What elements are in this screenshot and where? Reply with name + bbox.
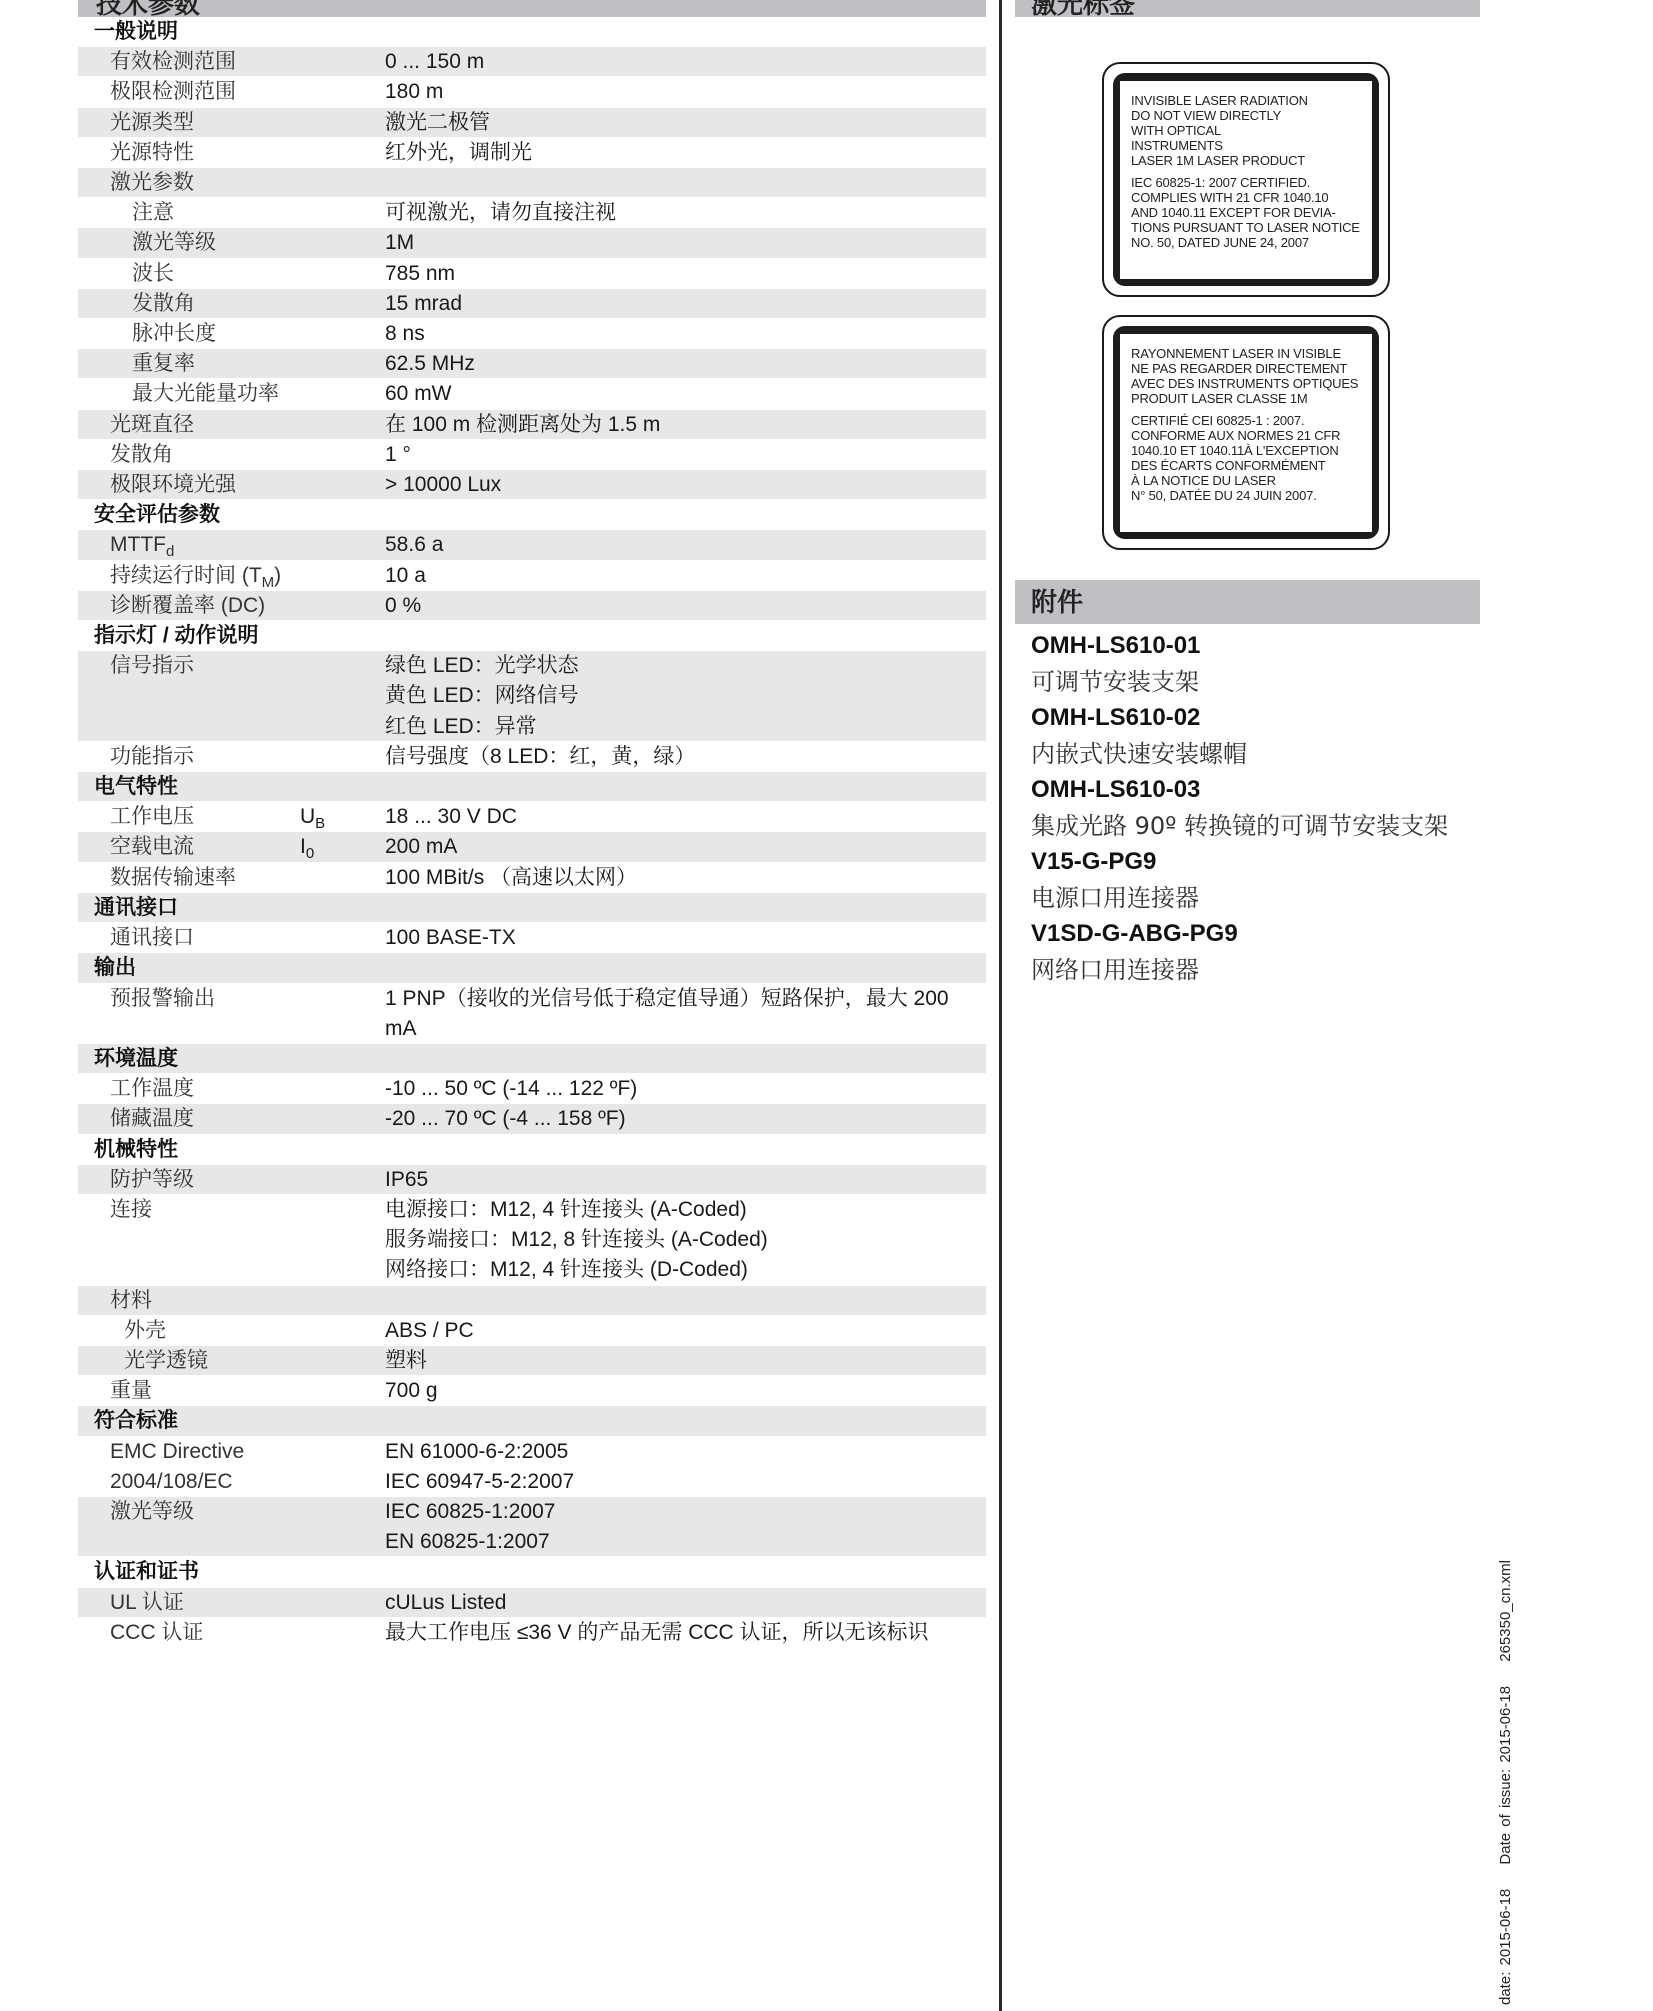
spec-label-text: 电气特性 bbox=[94, 775, 178, 798]
spec-symbol bbox=[294, 530, 385, 560]
spec-section-header: 通讯接口 bbox=[78, 892, 986, 923]
spec-label: 光源特性 bbox=[78, 138, 294, 168]
spec-row: 光斑直径在 100 m 检测距离处为 1.5 m bbox=[78, 409, 986, 440]
label-line: NO. 50, DATED JUNE 24, 2007 bbox=[1131, 235, 1364, 250]
spec-label-text: 最大光能量功率 bbox=[132, 382, 279, 405]
spec-label-text: 环境温度 bbox=[94, 1047, 178, 1070]
spec-value bbox=[385, 1286, 986, 1316]
spec-value: 18 ... 30 V DC bbox=[385, 802, 986, 832]
spec-label-text: 空载电流 bbox=[110, 835, 194, 858]
spec-label-text: 光源特性 bbox=[110, 141, 194, 164]
spec-label-text: 一般说明 bbox=[94, 20, 178, 43]
label-line: CONFORME AUX NORMES 21 CFR bbox=[1131, 428, 1364, 443]
spec-label: 注意 bbox=[78, 198, 294, 228]
accessory-item: OMH-LS610-02 内嵌式快速安装螺帽 bbox=[1031, 700, 1480, 772]
spec-row: 材料 bbox=[78, 1285, 986, 1316]
spec-symbol-subscript: 0 bbox=[306, 845, 314, 862]
spec-value: 58.6 a bbox=[385, 530, 986, 560]
label-line: DES ÉCARTS CONFORMÉMENT bbox=[1131, 458, 1364, 473]
spec-label-text: 极限环境光强 bbox=[110, 473, 236, 496]
spec-label: 工作电压 bbox=[78, 802, 294, 832]
spec-row: 信号指示绿色 LED：光学状态黄色 LED：网络信号红色 LED：异常 bbox=[78, 650, 986, 742]
spec-value: 60 mW bbox=[385, 379, 986, 409]
spec-symbol bbox=[294, 1497, 385, 1557]
spec-label-text: 发散角 bbox=[110, 443, 173, 466]
label-text-fr: RAYONNEMENT LASER IN VISIBLENE PAS REGAR… bbox=[1120, 334, 1372, 532]
column-divider bbox=[999, 0, 1002, 2011]
spec-label-text: 重复率 bbox=[132, 352, 195, 375]
label-line: RAYONNEMENT LASER IN VISIBLE bbox=[1131, 346, 1364, 361]
label-line: PRODUIT LASER CLASSE 1M bbox=[1131, 391, 1364, 406]
spec-label-text: 机械特性 bbox=[94, 1138, 178, 1161]
spec-label: 连接 bbox=[78, 1195, 294, 1286]
spec-row: 外壳ABS / PC bbox=[78, 1315, 986, 1346]
label-line: INVISIBLE LASER RADIATION bbox=[1131, 93, 1364, 108]
spec-symbol bbox=[294, 1195, 385, 1286]
label-line: AVEC DES INSTRUMENTS OPTIQUES bbox=[1131, 376, 1364, 391]
spec-label-text: 指示灯 / 动作说明 bbox=[94, 624, 259, 647]
technical-data-title: 技术参数 bbox=[96, 0, 200, 17]
spec-label: 激光等级 bbox=[78, 1497, 294, 1557]
spec-label-text: 符合标准 bbox=[94, 1409, 178, 1432]
label-line: 1040.10 ET 1040.11À L'EXCEPTION bbox=[1131, 443, 1364, 458]
label-line: CERTIFIÉ CEI 60825-1 : 2007. bbox=[1131, 413, 1364, 428]
spec-symbol bbox=[294, 168, 385, 198]
spec-value-line: 网络接口：M12, 4 针连接头 (D-Coded) bbox=[385, 1255, 986, 1285]
section-title: 环境温度 bbox=[78, 1044, 294, 1074]
spec-row: 连接电源接口：M12, 4 针连接头 (A-Coded)服务端接口：M12, 8… bbox=[78, 1194, 986, 1286]
spec-value: 15 mrad bbox=[385, 289, 986, 319]
spec-row: 空载电流I0200 mA bbox=[78, 831, 986, 862]
spec-label: 有效检测范围 bbox=[78, 47, 294, 77]
spec-label: 工作温度 bbox=[78, 1074, 294, 1104]
section-title: 一般说明 bbox=[78, 17, 294, 47]
spec-value: 700 g bbox=[385, 1376, 986, 1406]
spec-row: 工作温度-10 ... 50 ºC (-14 ... 122 ºF) bbox=[78, 1073, 986, 1104]
spec-label: 预报警输出 bbox=[78, 984, 294, 1044]
section-title: 通讯接口 bbox=[78, 893, 294, 923]
spec-value: IP65 bbox=[385, 1165, 986, 1195]
accessory-item: V1SD-G-ABG-PG9 网络口用连接器 bbox=[1031, 916, 1480, 988]
release-date: date: 2015-06-18 bbox=[1497, 1889, 1514, 2005]
spec-label-text: 诊断覆盖率 (DC) bbox=[110, 594, 265, 617]
spec-symbol bbox=[294, 1165, 385, 1195]
spec-symbol bbox=[294, 138, 385, 168]
accessory-desc: 内嵌式快速安装螺帽 bbox=[1031, 736, 1480, 772]
spec-value: 1 ° bbox=[385, 440, 986, 470]
label-line: DO NOT VIEW DIRECTLY bbox=[1131, 108, 1364, 123]
spec-row: 注意可视激光，请勿直接注视 bbox=[78, 197, 986, 228]
spec-label-text: 重量 bbox=[110, 1379, 152, 1402]
spec-value: 最大工作电压 ≤36 V 的产品无需 CCC 认证，所以无该标识 bbox=[385, 1618, 986, 1648]
spec-row: 有效检测范围0 ... 150 m bbox=[78, 46, 986, 77]
spec-value-line: IEC 60825-1:2007 bbox=[385, 1497, 986, 1527]
spec-label: 极限检测范围 bbox=[78, 77, 294, 107]
spec-label: CCC 认证 bbox=[78, 1618, 294, 1648]
label-line: NE PAS REGARDER DIRECTEMENT bbox=[1131, 361, 1364, 376]
spec-symbol bbox=[294, 1618, 385, 1648]
spec-section-header: 输出 bbox=[78, 952, 986, 983]
spec-row: MTTFd58.6 a bbox=[78, 529, 986, 560]
spec-value: 1 PNP（接收的光信号低于稳定值导通）短路保护，最大 200mA bbox=[385, 984, 986, 1044]
spec-symbol bbox=[294, 1588, 385, 1618]
spec-symbol bbox=[294, 1316, 385, 1346]
spec-symbol bbox=[294, 228, 385, 258]
spec-row: 发散角15 mrad bbox=[78, 288, 986, 319]
spec-row: 防护等级IP65 bbox=[78, 1164, 986, 1195]
spec-section-header: 一般说明 bbox=[78, 17, 986, 47]
spec-label-text: 持续运行时间 (T bbox=[110, 564, 262, 587]
spec-value-line: EN 60825-1:2007 bbox=[385, 1527, 986, 1557]
spec-value: 1M bbox=[385, 228, 986, 258]
section-title: 指示灯 / 动作说明 bbox=[78, 621, 294, 651]
spec-label: 防护等级 bbox=[78, 1165, 294, 1195]
spec-value: 8 ns bbox=[385, 319, 986, 349]
spec-label-text: 预报警输出 bbox=[110, 987, 215, 1010]
spec-row: 储藏温度-20 ... 70 ºC (-4 ... 158 ºF) bbox=[78, 1103, 986, 1134]
spec-label: 重量 bbox=[78, 1376, 294, 1406]
spec-label: 通讯接口 bbox=[78, 923, 294, 953]
accessories-list: OMH-LS610-01 可调节安装支架 OMH-LS610-02 内嵌式快速安… bbox=[1031, 628, 1480, 988]
spec-symbol bbox=[294, 379, 385, 409]
spec-symbol bbox=[294, 349, 385, 379]
spec-row: 波长785 nm bbox=[78, 258, 986, 289]
spec-row: UL 认证cULus Listed bbox=[78, 1587, 986, 1618]
section-title: 符合标准 bbox=[78, 1406, 294, 1436]
document-meta-vertical: date: 2015-06-18 Date of issue: 2015-06-… bbox=[1497, 1560, 1514, 2005]
spec-row: 极限检测范围180 m bbox=[78, 76, 986, 107]
spec-value: 62.5 MHz bbox=[385, 349, 986, 379]
spec-value: 200 mA bbox=[385, 832, 986, 862]
spec-label-text: 激光等级 bbox=[110, 1500, 194, 1523]
spec-value: 信号强度（8 LED：红，黄，绿） bbox=[385, 742, 986, 772]
section-title: 认证和证书 bbox=[78, 1557, 294, 1587]
spec-label: UL 认证 bbox=[78, 1588, 294, 1618]
spec-symbol bbox=[294, 1437, 385, 1497]
spec-label-text: 输出 bbox=[94, 956, 136, 979]
spec-label-text: 工作温度 bbox=[110, 1077, 194, 1100]
accessory-item: OMH-LS610-03 集成光路 90º 转换镜的可调节安装支架 bbox=[1031, 772, 1480, 844]
spec-value-line: 电源接口：M12, 4 针连接头 (A-Coded) bbox=[385, 1195, 986, 1225]
spec-symbol bbox=[294, 1346, 385, 1376]
accessory-item: OMH-LS610-01 可调节安装支架 bbox=[1031, 628, 1480, 700]
spec-label-text: 数据传输速率 bbox=[110, 866, 236, 889]
spec-row: 工作电压UB18 ... 30 V DC bbox=[78, 801, 986, 832]
spec-symbol bbox=[294, 651, 385, 742]
laser-warning-label-fr: RAYONNEMENT LASER IN VISIBLENE PAS REGAR… bbox=[1102, 315, 1390, 550]
spec-symbol bbox=[294, 561, 385, 591]
spec-value-line: 红色 LED：异常 bbox=[385, 712, 986, 742]
spec-row: 发散角1 ° bbox=[78, 439, 986, 470]
spec-value: 可视激光，请勿直接注视 bbox=[385, 198, 986, 228]
label-paragraph: CERTIFIÉ CEI 60825-1 : 2007.CONFORME AUX… bbox=[1131, 413, 1364, 503]
spec-label-subscript: d bbox=[166, 543, 174, 560]
spec-value: 在 100 m 检测距离处为 1.5 m bbox=[385, 410, 986, 440]
spec-value: EN 61000-6-2:2005IEC 60947-5-2:2007 bbox=[385, 1437, 986, 1497]
spec-label-suffix: ) bbox=[274, 564, 281, 587]
spec-value: 10 a bbox=[385, 561, 986, 591]
spec-value-line: 1 PNP（接收的光信号低于稳定值导通）短路保护，最大 200 bbox=[385, 984, 986, 1014]
spec-label-text: 安全评估参数 bbox=[94, 503, 220, 526]
spec-row: 诊断覆盖率 (DC)0 % bbox=[78, 590, 986, 621]
accessory-code: OMH-LS610-01 bbox=[1031, 628, 1480, 664]
spec-value: 0 ... 150 m bbox=[385, 47, 986, 77]
laser-label-header: 激光标签 bbox=[1015, 0, 1480, 17]
issue-date: Date of issue: 2015-06-18 bbox=[1497, 1686, 1514, 1865]
spec-row: 脉冲长度8 ns bbox=[78, 318, 986, 349]
spec-value: ABS / PC bbox=[385, 1316, 986, 1346]
accessory-desc: 网络口用连接器 bbox=[1031, 952, 1480, 988]
spec-label-text: 信号指示 bbox=[110, 654, 194, 677]
spec-label-text: 注意 bbox=[132, 201, 174, 224]
spec-value-line: EN 61000-6-2:2005 bbox=[385, 1437, 986, 1467]
spec-label: 激光参数 bbox=[78, 168, 294, 198]
spec-label-text: 激光参数 bbox=[110, 171, 194, 194]
spec-value: 电源接口：M12, 4 针连接头 (A-Coded)服务端接口：M12, 8 针… bbox=[385, 1195, 986, 1286]
label-line: N° 50, DATÉE DU 24 JUIN 2007. bbox=[1131, 488, 1364, 503]
spec-label-text: CCC 认证 bbox=[110, 1621, 203, 1644]
spec-symbol bbox=[294, 289, 385, 319]
spec-section-header: 环境温度 bbox=[78, 1043, 986, 1074]
spec-value: 180 m bbox=[385, 77, 986, 107]
spec-label: 发散角 bbox=[78, 289, 294, 319]
section-title: 输出 bbox=[78, 953, 294, 983]
section-title: 机械特性 bbox=[78, 1135, 294, 1165]
spec-label-text: 通讯接口 bbox=[110, 926, 194, 949]
accessory-desc: 电源口用连接器 bbox=[1031, 880, 1480, 916]
laser-warning-label-en: INVISIBLE LASER RADIATIONDO NOT VIEW DIR… bbox=[1102, 62, 1390, 297]
spec-symbol bbox=[294, 984, 385, 1044]
spec-symbol bbox=[294, 1286, 385, 1316]
section-title: 安全评估参数 bbox=[78, 500, 294, 530]
spec-label-text: 光学透镜 bbox=[124, 1349, 208, 1372]
spec-label-text: 激光等级 bbox=[132, 231, 216, 254]
spec-row: 激光等级1M bbox=[78, 227, 986, 258]
spec-row: 预报警输出1 PNP（接收的光信号低于稳定值导通）短路保护，最大 200mA bbox=[78, 983, 986, 1044]
accessory-desc: 集成光路 90º 转换镜的可调节安装支架 bbox=[1031, 808, 1480, 844]
spec-value: 红外光，调制光 bbox=[385, 138, 986, 168]
spec-label: 诊断覆盖率 (DC) bbox=[78, 591, 294, 621]
spec-label-text: 发散角 bbox=[132, 292, 195, 315]
spec-symbol bbox=[294, 923, 385, 953]
spec-row: 激光等级IEC 60825-1:2007EN 60825-1:2007 bbox=[78, 1496, 986, 1557]
spec-label: 光源类型 bbox=[78, 108, 294, 138]
spec-table: 一般说明有效检测范围0 ... 150 m极限检测范围180 m光源类型激光二极… bbox=[78, 17, 986, 1648]
spec-label-text: 外壳 bbox=[124, 1319, 166, 1342]
spec-label: 激光等级 bbox=[78, 228, 294, 258]
spec-symbol bbox=[294, 591, 385, 621]
spec-label: 外壳 bbox=[78, 1316, 294, 1346]
spec-label: 功能指示 bbox=[78, 742, 294, 772]
spec-section-header: 符合标准 bbox=[78, 1405, 986, 1436]
spec-value: 绿色 LED：光学状态黄色 LED：网络信号红色 LED：异常 bbox=[385, 651, 986, 742]
spec-symbol bbox=[294, 1376, 385, 1406]
spec-value: 塑料 bbox=[385, 1346, 986, 1376]
spec-label: 材料 bbox=[78, 1286, 294, 1316]
spec-label: 重复率 bbox=[78, 349, 294, 379]
spec-section-header: 电气特性 bbox=[78, 771, 986, 802]
spec-value: 0 % bbox=[385, 591, 986, 621]
spec-section-header: 机械特性 bbox=[78, 1134, 986, 1165]
spec-row: 数据传输速率100 MBit/s （高速以太网） bbox=[78, 862, 986, 893]
spec-label: 最大光能量功率 bbox=[78, 379, 294, 409]
label-paragraph: RAYONNEMENT LASER IN VISIBLENE PAS REGAR… bbox=[1131, 346, 1364, 406]
spec-label-subscript: M bbox=[262, 574, 275, 591]
spec-label-text: 功能指示 bbox=[110, 745, 194, 768]
label-line: INSTRUMENTS bbox=[1131, 138, 1364, 153]
spec-label-text: 工作电压 bbox=[110, 805, 194, 828]
spec-value-line: 黄色 LED：网络信号 bbox=[385, 681, 986, 711]
spec-label: 脉冲长度 bbox=[78, 319, 294, 349]
spec-symbol bbox=[294, 47, 385, 77]
spec-section-header: 安全评估参数 bbox=[78, 499, 986, 530]
accessory-code: V1SD-G-ABG-PG9 bbox=[1031, 916, 1480, 952]
label-line: AND 1040.11 EXCEPT FOR DEVIA- bbox=[1131, 205, 1364, 220]
label-text-en: INVISIBLE LASER RADIATIONDO NOT VIEW DIR… bbox=[1120, 81, 1372, 279]
label-line: LASER 1M LASER PRODUCT bbox=[1131, 153, 1364, 168]
spec-section-header: 指示灯 / 动作说明 bbox=[78, 620, 986, 651]
label-paragraph: INVISIBLE LASER RADIATIONDO NOT VIEW DIR… bbox=[1131, 93, 1364, 168]
spec-row: 光学透镜塑料 bbox=[78, 1345, 986, 1376]
spec-label-text: 光源类型 bbox=[110, 111, 194, 134]
spec-value-line: 服务端接口：M12, 8 针连接头 (A-Coded) bbox=[385, 1225, 986, 1255]
spec-value: > 10000 Lux bbox=[385, 470, 986, 500]
spec-label: MTTFd bbox=[78, 530, 294, 560]
spec-value: -10 ... 50 ºC (-14 ... 122 ºF) bbox=[385, 1074, 986, 1104]
spec-value-line: IEC 60947-5-2:2007 bbox=[385, 1467, 986, 1497]
spec-label-text: MTTF bbox=[110, 533, 166, 556]
spec-symbol: UB bbox=[294, 802, 385, 832]
spec-row: 持续运行时间 (TM)10 a bbox=[78, 560, 986, 591]
spec-label: 储藏温度 bbox=[78, 1104, 294, 1134]
spec-symbol bbox=[294, 470, 385, 500]
spec-symbol bbox=[294, 1104, 385, 1134]
spec-row: 激光参数 bbox=[78, 167, 986, 198]
label-line: IEC 60825-1: 2007 CERTIFIED. bbox=[1131, 175, 1364, 190]
file-name: 265350_cn.xml bbox=[1497, 1560, 1514, 1662]
spec-row: 重复率62.5 MHz bbox=[78, 348, 986, 379]
spec-symbol bbox=[294, 108, 385, 138]
spec-value-line: mA bbox=[385, 1014, 986, 1044]
spec-label-text: UL 认证 bbox=[110, 1591, 184, 1614]
spec-symbol bbox=[294, 319, 385, 349]
technical-data-column: 技术参数 一般说明有效检测范围0 ... 150 m极限检测范围180 m光源类… bbox=[78, 0, 986, 1648]
spec-label-text: 脉冲长度 bbox=[132, 322, 216, 345]
spec-symbol bbox=[294, 863, 385, 893]
spec-label: 光斑直径 bbox=[78, 410, 294, 440]
spec-value: 785 nm bbox=[385, 259, 986, 289]
spec-symbol bbox=[294, 1074, 385, 1104]
spec-value: -20 ... 70 ºC (-4 ... 158 ºF) bbox=[385, 1104, 986, 1134]
spec-label: 信号指示 bbox=[78, 651, 294, 742]
section-title: 电气特性 bbox=[78, 772, 294, 802]
spec-symbol bbox=[294, 742, 385, 772]
spec-label-text: 光斑直径 bbox=[110, 413, 194, 436]
spec-label: 空载电流 bbox=[78, 832, 294, 862]
spec-label: 波长 bbox=[78, 259, 294, 289]
spec-value: IEC 60825-1:2007EN 60825-1:2007 bbox=[385, 1497, 986, 1557]
spec-label-text: 连接 bbox=[110, 1198, 152, 1221]
spec-row: 极限环境光强> 10000 Lux bbox=[78, 469, 986, 500]
spec-value bbox=[385, 168, 986, 198]
laser-label-title: 激光标签 bbox=[1031, 0, 1135, 17]
spec-row: 最大光能量功率60 mW bbox=[78, 378, 986, 409]
spec-label: 光学透镜 bbox=[78, 1346, 294, 1376]
spec-value: 100 BASE-TX bbox=[385, 923, 986, 953]
label-line: COMPLIES WITH 21 CFR 1040.10 bbox=[1131, 190, 1364, 205]
spec-value: cULus Listed bbox=[385, 1588, 986, 1618]
spec-symbol bbox=[294, 77, 385, 107]
spec-label-text: 储藏温度 bbox=[110, 1107, 194, 1130]
spec-value: 100 MBit/s （高速以太网） bbox=[385, 863, 986, 893]
spec-label-text: 波长 bbox=[132, 262, 174, 285]
accessory-item: V15-G-PG9 电源口用连接器 bbox=[1031, 844, 1480, 916]
accessory-desc: 可调节安装支架 bbox=[1031, 664, 1480, 700]
spec-label-text: 有效检测范围 bbox=[110, 50, 236, 73]
spec-row: 重量700 g bbox=[78, 1375, 986, 1406]
accessories-title: 附件 bbox=[1031, 588, 1083, 616]
spec-label-text: 防护等级 bbox=[110, 1168, 194, 1191]
spec-row: CCC 认证最大工作电压 ≤36 V 的产品无需 CCC 认证，所以无该标识 bbox=[78, 1617, 986, 1648]
spec-label-text: 认证和证书 bbox=[94, 1560, 199, 1583]
accessory-code: V15-G-PG9 bbox=[1031, 844, 1480, 880]
spec-row: 光源特性红外光，调制光 bbox=[78, 137, 986, 168]
accessory-code: OMH-LS610-03 bbox=[1031, 772, 1480, 808]
right-column: 激光标签 INVISIBLE LASER RADIATIONDO NOT VIE… bbox=[1015, 0, 1480, 17]
spec-symbol bbox=[294, 440, 385, 470]
spec-symbol: I0 bbox=[294, 832, 385, 862]
technical-data-header: 技术参数 bbox=[78, 0, 986, 17]
spec-symbol-text: U bbox=[300, 805, 315, 828]
spec-symbol bbox=[294, 259, 385, 289]
label-line: TIONS PURSUANT TO LASER NOTICE bbox=[1131, 220, 1364, 235]
spec-label: 持续运行时间 (TM) bbox=[78, 561, 294, 591]
spec-symbol bbox=[294, 410, 385, 440]
spec-label-line: EMC Directive bbox=[110, 1437, 294, 1467]
spec-label: 数据传输速率 bbox=[78, 863, 294, 893]
label-paragraph: IEC 60825-1: 2007 CERTIFIED.COMPLIES WIT… bbox=[1131, 175, 1364, 250]
spec-label-text: 材料 bbox=[110, 1289, 152, 1312]
accessory-code: OMH-LS610-02 bbox=[1031, 700, 1480, 736]
label-line: À LA NOTICE DU LASER bbox=[1131, 473, 1364, 488]
spec-row: EMC Directive2004/108/ECEN 61000-6-2:200… bbox=[78, 1436, 986, 1497]
spec-row: 光源类型激光二极管 bbox=[78, 107, 986, 138]
spec-value-line: 绿色 LED：光学状态 bbox=[385, 651, 986, 681]
spec-label: 极限环境光强 bbox=[78, 470, 294, 500]
spec-label: EMC Directive2004/108/EC bbox=[78, 1437, 294, 1497]
spec-label-text: 极限检测范围 bbox=[110, 80, 236, 103]
spec-row: 功能指示信号强度（8 LED：红，黄，绿） bbox=[78, 741, 986, 772]
accessories-header: 附件 bbox=[1015, 580, 1480, 624]
spec-value: 激光二极管 bbox=[385, 108, 986, 138]
spec-label: 发散角 bbox=[78, 440, 294, 470]
spec-symbol bbox=[294, 198, 385, 228]
label-line: WITH OPTICAL bbox=[1131, 123, 1364, 138]
spec-label-text: 通讯接口 bbox=[94, 896, 178, 919]
spec-symbol-subscript: B bbox=[315, 815, 325, 832]
spec-row: 通讯接口100 BASE-TX bbox=[78, 922, 986, 953]
spec-label-line: 2004/108/EC bbox=[110, 1467, 294, 1497]
spec-section-header: 认证和证书 bbox=[78, 1556, 986, 1587]
